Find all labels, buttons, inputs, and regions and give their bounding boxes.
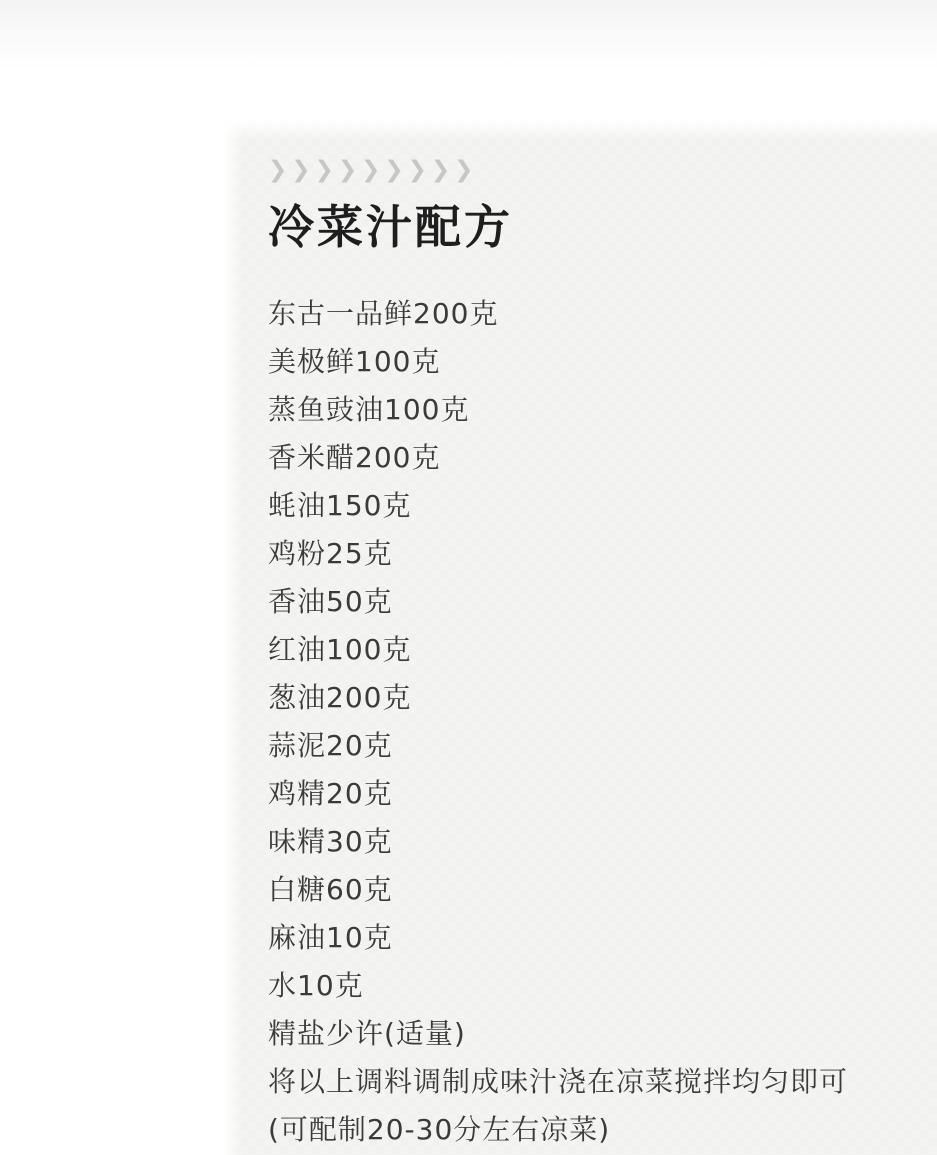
recipe-page: ❯❯❯❯❯❯❯❯❯ 冷菜汁配方 东古一品鲜200克 美极鲜100克 蒸鱼豉油10…	[0, 0, 937, 1155]
ingredient-line: 白糖60克	[268, 866, 927, 914]
instruction-list: 将以上调料调制成味汁浇在凉菜搅拌均匀即可 (可配制20-30分左右凉菜)	[268, 1058, 927, 1154]
ingredient-line: 味精30克	[268, 818, 927, 866]
content-area: ❯❯❯❯❯❯❯❯❯ 冷菜汁配方 东古一品鲜200克 美极鲜100克 蒸鱼豉油10…	[225, 122, 937, 1155]
ingredient-list: 东古一品鲜200克 美极鲜100克 蒸鱼豉油100克 香米醋200克 蚝油150…	[268, 290, 927, 1058]
ingredient-line: 水10克	[268, 962, 927, 1010]
ingredient-line: 东古一品鲜200克	[268, 290, 927, 338]
instruction-line: (可配制20-30分左右凉菜)	[268, 1106, 927, 1154]
ingredient-line: 香米醋200克	[268, 434, 927, 482]
ingredient-line: 精盐少许(适量)	[268, 1010, 927, 1058]
ingredient-line: 蒸鱼豉油100克	[268, 386, 927, 434]
ingredient-line: 蚝油150克	[268, 482, 927, 530]
ingredient-line: 蒜泥20克	[268, 722, 927, 770]
ingredient-line: 鸡精20克	[268, 770, 927, 818]
ingredient-line: 鸡粉25克	[268, 530, 927, 578]
ingredient-line: 红油100克	[268, 626, 927, 674]
ingredient-line: 葱油200克	[268, 674, 927, 722]
ingredient-line: 麻油10克	[268, 914, 927, 962]
instruction-line: 将以上调料调制成味汁浇在凉菜搅拌均匀即可	[268, 1058, 927, 1106]
chevrons-decoration-icon: ❯❯❯❯❯❯❯❯❯	[268, 156, 927, 184]
ingredient-line: 香油50克	[268, 578, 927, 626]
page-title: 冷菜汁配方	[268, 202, 927, 252]
top-gradient-strip	[0, 0, 937, 70]
ingredient-line: 美极鲜100克	[268, 338, 927, 386]
